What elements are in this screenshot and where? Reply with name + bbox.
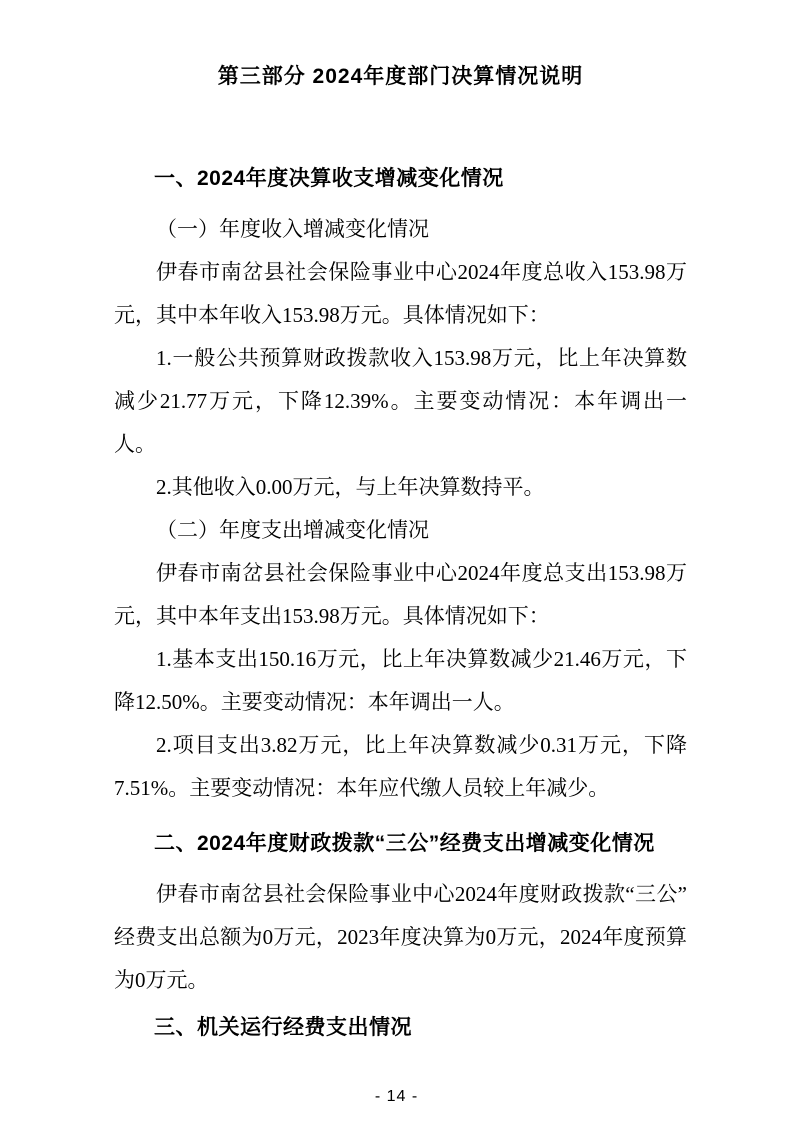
subsection-1-2-heading: （二）年度支出增减变化情况 <box>114 509 687 552</box>
paragraph-income-item-1: 1.一般公共预算财政拨款收入153.98万元，比上年决算数减少21.77万元，下… <box>114 337 687 466</box>
section-1-body: （一）年度收入增减变化情况 伊春市南岔县社会保险事业中心2024年度总收入153… <box>114 208 687 810</box>
document-title: 第三部分 2024年度部门决算情况说明 <box>114 62 687 92</box>
document-content: 第三部分 2024年度部门决算情况说明 一、2024年度决算收支增减变化情况 （… <box>0 62 793 1049</box>
paragraph-expense-item-1: 1.基本支出150.16万元，比上年决算数减少21.46万元，下降12.50%。… <box>114 638 687 724</box>
section-1-heading: 一、2024年度决算收支增减变化情况 <box>114 164 687 194</box>
paragraph-three-public-funds: 伊春市南岔县社会保险事业中心2024年度财政拨款“三公”经费支出总额为0万元，2… <box>114 873 687 1002</box>
paragraph-expense-item-2: 2.项目支出3.82万元，比上年决算数减少0.31万元，下降7.51%。主要变动… <box>114 724 687 810</box>
paragraph-income-total: 伊春市南岔县社会保险事业中心2024年度总收入153.98万元，其中本年收入15… <box>114 251 687 337</box>
section-2-body: 伊春市南岔县社会保险事业中心2024年度财政拨款“三公”经费支出总额为0万元，2… <box>114 873 687 1002</box>
paragraph-income-item-2: 2.其他收入0.00万元，与上年决算数持平。 <box>114 466 687 509</box>
section-3-heading: 三、机关运行经费支出情况 <box>114 1006 687 1049</box>
paragraph-expense-total: 伊春市南岔县社会保险事业中心2024年度总支出153.98万元，其中本年支出15… <box>114 552 687 638</box>
page-number: - 14 - <box>0 1086 793 1108</box>
subsection-1-1-heading: （一）年度收入增减变化情况 <box>114 208 687 251</box>
section-2-heading: 二、2024年度财政拨款“三公”经费支出增减变化情况 <box>114 822 687 865</box>
document-page: 第三部分 2024年度部门决算情况说明 一、2024年度决算收支增减变化情况 （… <box>0 0 793 1122</box>
